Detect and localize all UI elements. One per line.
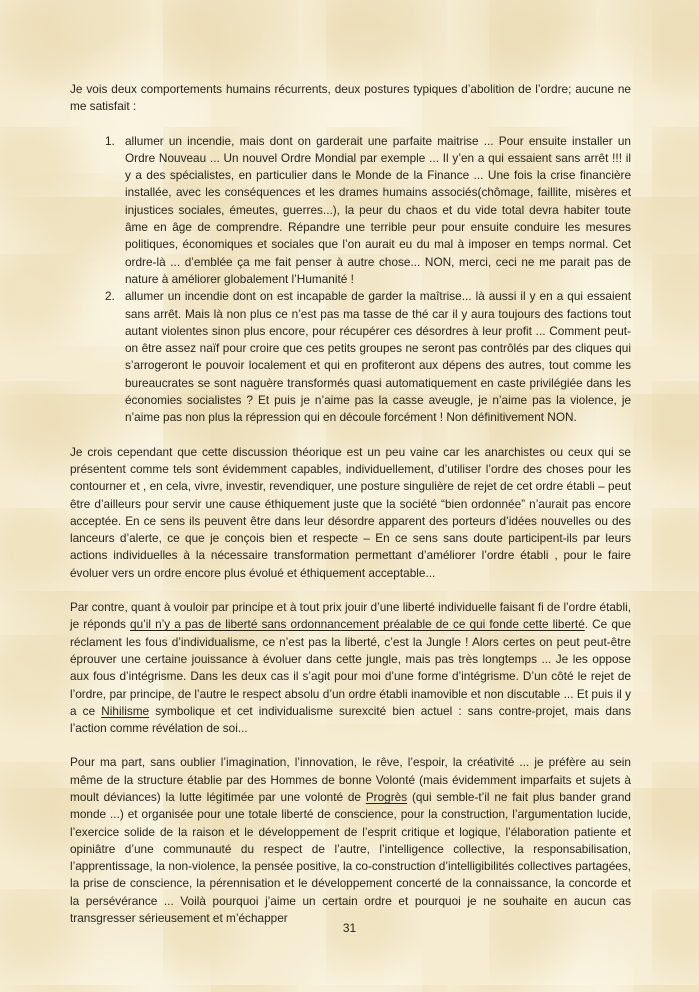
page-number: 31 — [343, 921, 356, 935]
text-segment: (qui semble-t’il ne fait plus bander gra… — [70, 790, 631, 925]
page-footer: 31 — [0, 920, 699, 936]
text-segment: symbolique et cet individualisme surexci… — [70, 704, 631, 735]
text-segment: Je crois cependant que cette discussion … — [70, 445, 631, 580]
page-body: Je vois deux comportements humains récur… — [70, 81, 631, 944]
list-item: 1.allumer un incendie, mais dont on gard… — [70, 133, 631, 289]
list-item: 2.allumer un incendie dont on est incapa… — [70, 288, 631, 426]
underlined-text: qu’il n’y a pas de liberté sans ordonnan… — [130, 617, 585, 631]
paragraph: Je crois cependant que cette discussion … — [70, 444, 631, 582]
list-item-number: 1. — [105, 133, 125, 150]
numbered-list: 1.allumer un incendie, mais dont on gard… — [70, 133, 631, 427]
text-segment: allumer un incendie dont on est incapabl… — [125, 289, 631, 424]
list-item-text: allumer un incendie dont on est incapabl… — [125, 288, 631, 426]
paragraph: Pour ma part, sans oublier l’imagination… — [70, 754, 631, 927]
underlined-text: Progrès — [366, 790, 407, 804]
paragraph: Par contre, quant à vouloir par principe… — [70, 599, 631, 737]
text-segment: Je vois deux comportements humains récur… — [70, 82, 631, 113]
document-page: { "page": { "number": "31", "background_… — [0, 0, 699, 992]
list-item-number: 2. — [105, 288, 125, 305]
text-segment: allumer un incendie, mais dont on garder… — [125, 134, 631, 286]
paragraph: Je vois deux comportements humains récur… — [70, 81, 631, 116]
list-item-text: allumer un incendie, mais dont on garder… — [125, 133, 631, 289]
underlined-text: Nihilisme — [101, 704, 149, 718]
text-segment: . Ce que réclament les fous d’individual… — [70, 617, 631, 717]
